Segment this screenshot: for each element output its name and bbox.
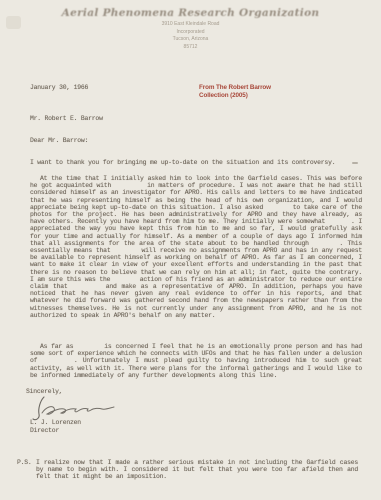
salutation: Dear Mr. Barrow: — [30, 137, 88, 144]
stamp-line-1: From The Robert Barrow — [199, 84, 271, 92]
body-paragraph: I want to thank you for bringing me up-t… — [30, 159, 360, 166]
letterhead-org-name: Aerial Phenomena Research Organization — [0, 7, 381, 19]
letterhead-address: 3910 East Kleindale Road Incorporated Tu… — [0, 21, 381, 51]
letter-date: January 30, 1966 — [30, 84, 88, 91]
body-paragraph: As far as is concerned I feel that he is… — [30, 343, 362, 379]
letterhead-address-line: Tucson, Arizona — [0, 36, 381, 44]
collection-stamp: From The Robert Barrow Collection (2005) — [199, 84, 271, 99]
scan-artifact — [352, 162, 358, 164]
postscript-text: I realize now that I made a rather serio… — [36, 459, 358, 481]
letterhead-address-line: 3910 East Kleindale Road — [0, 21, 381, 29]
postscript-label: P.S. — [17, 459, 32, 466]
scanned-letter: Aerial Phenomena Research Organization 3… — [0, 0, 381, 500]
letterhead-address-line: Incorporated — [0, 29, 381, 37]
signer-name: L. J. Lorenzen — [30, 419, 81, 426]
body-paragraph: At the time that I initially asked him t… — [30, 175, 362, 319]
signer-title: Director — [30, 427, 59, 434]
recipient-name: Mr. Robert E. Barrow — [30, 115, 103, 122]
stamp-line-2: Collection (2005) — [199, 92, 271, 100]
letterhead-address-line: 85712 — [0, 44, 381, 52]
